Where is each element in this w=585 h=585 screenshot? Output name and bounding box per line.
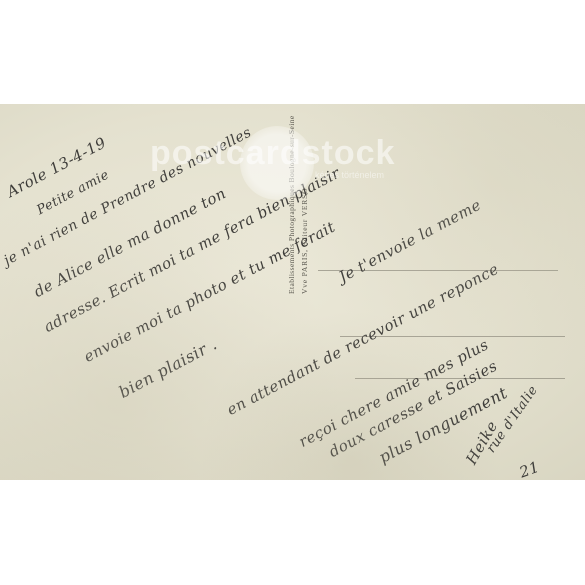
postcard-back: postcardstock képes történelem Etablisse… <box>0 104 585 480</box>
watermark-tagline: képes történelem <box>315 170 384 180</box>
handwritten-line: Je t'envoie la meme <box>336 196 484 286</box>
handwritten-line: en attendant de recevoir une reponce <box>224 260 502 419</box>
handwritten-line: bien plaisir . <box>116 334 221 402</box>
handwritten-date: Arole 13-4-19 <box>4 133 109 200</box>
handwritten-number: 21 <box>517 458 542 480</box>
watermark-brand: postcardstock <box>150 134 395 173</box>
